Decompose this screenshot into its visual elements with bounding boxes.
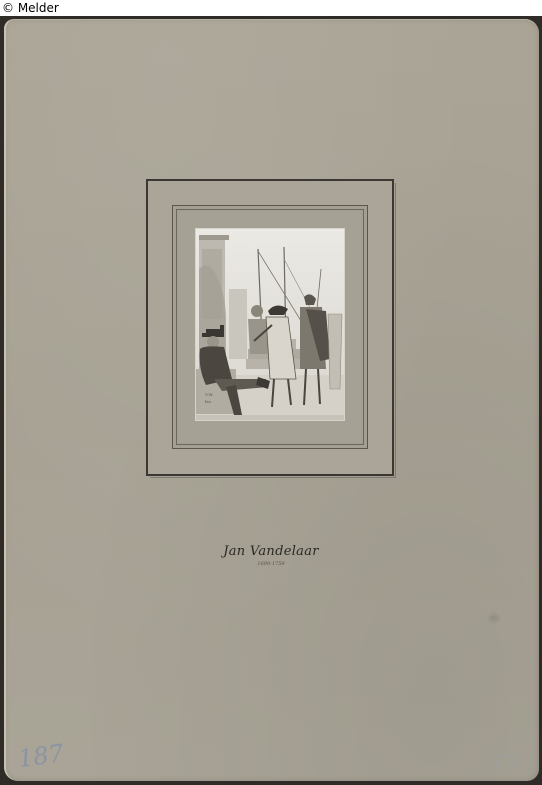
credit-label: © Melder <box>0 0 542 16</box>
stain-mark <box>489 614 499 622</box>
harbour-scene-illustration: V.W. fec. <box>196 229 345 421</box>
artist-dates-caption: 1690-1759 <box>0 561 542 567</box>
artwork-drawing: V.W. fec. <box>195 228 345 421</box>
artist-name-caption: Jan Vandelaar <box>0 544 542 559</box>
svg-text:fec.: fec. <box>205 399 212 404</box>
svg-text:V.W.: V.W. <box>204 392 213 397</box>
faint-pencil-number: 178 <box>491 750 523 772</box>
